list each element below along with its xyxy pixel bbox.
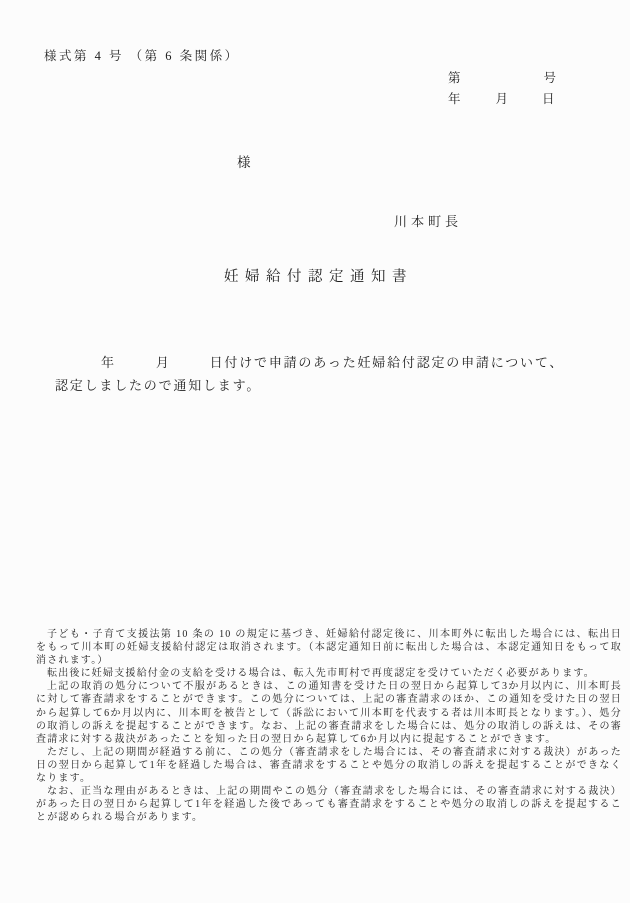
body-day-blank (171, 366, 210, 367)
issue-date-month-blank (461, 102, 496, 103)
issue-date-year-label: 年 (448, 92, 461, 106)
addressee-honorific: 様 (237, 151, 251, 171)
body-year-label: 年 (101, 355, 116, 370)
sender-name: 川本町長 (394, 211, 462, 230)
document-number-line: 第号 (448, 68, 556, 86)
body-line-1-text: 日付けで申請のあった妊婦給付認定の申請について、 (210, 355, 565, 370)
note-paragraph-recertification: 転出後に妊婦支援給付金の支給を受ける場合は、転入先市町村で再度認定を受けていただ… (36, 667, 622, 680)
body-line-1: 年月日付けで申請のあった妊婦給付認定の申請について、 (55, 351, 595, 374)
issue-date-day-blank (508, 102, 542, 103)
body-date-blank-lead (55, 366, 101, 367)
body-line-2: 認定しましたので通知します。 (55, 374, 595, 397)
doc-number-prefix: 第 (448, 71, 461, 85)
doc-number-suffix: 号 (544, 71, 557, 85)
notes-section: 子ども・子育て支援法第 10 条の 10 の規定に基づき、妊婦給付認定後に、川本… (36, 628, 622, 824)
note-paragraph-appeal-rights: 上記の取消の処分について不服があるときは、この通知書を受けた日の翌日から起算して… (36, 680, 622, 745)
body-month-label: 月 (156, 355, 171, 370)
form-number-label: 様式第 4 号 （第 6 条関係） (44, 46, 240, 64)
body-month-blank (116, 366, 156, 367)
issue-date-month-label: 月 (496, 92, 509, 106)
doc-number-blank-field (461, 81, 544, 82)
document-title: 妊婦給付認定通知書 (0, 265, 630, 286)
note-paragraph-appeal-deadline: ただし、上記の期間が経過する前に、この処分（審査請求をした場合には、その審査請求… (36, 746, 622, 785)
issue-date-day-label: 日 (542, 92, 555, 106)
notification-document-page: 様式第 4 号 （第 6 条関係） 第号 年月日 様 川本町長 妊婦給付認定通知… (0, 0, 630, 903)
body-paragraph: 年月日付けで申請のあった妊婦給付認定の申請について、 認定しましたので通知します… (55, 351, 595, 397)
issue-date-line: 年月日 (448, 89, 555, 107)
note-paragraph-transfer-cancellation: 子ども・子育て支援法第 10 条の 10 の規定に基づき、妊婦給付認定後に、川本… (36, 628, 622, 667)
note-paragraph-justifiable-reason: なお、正当な理由があるときは、上記の期間やこの処分（審査請求をした場合には、その… (36, 785, 622, 824)
